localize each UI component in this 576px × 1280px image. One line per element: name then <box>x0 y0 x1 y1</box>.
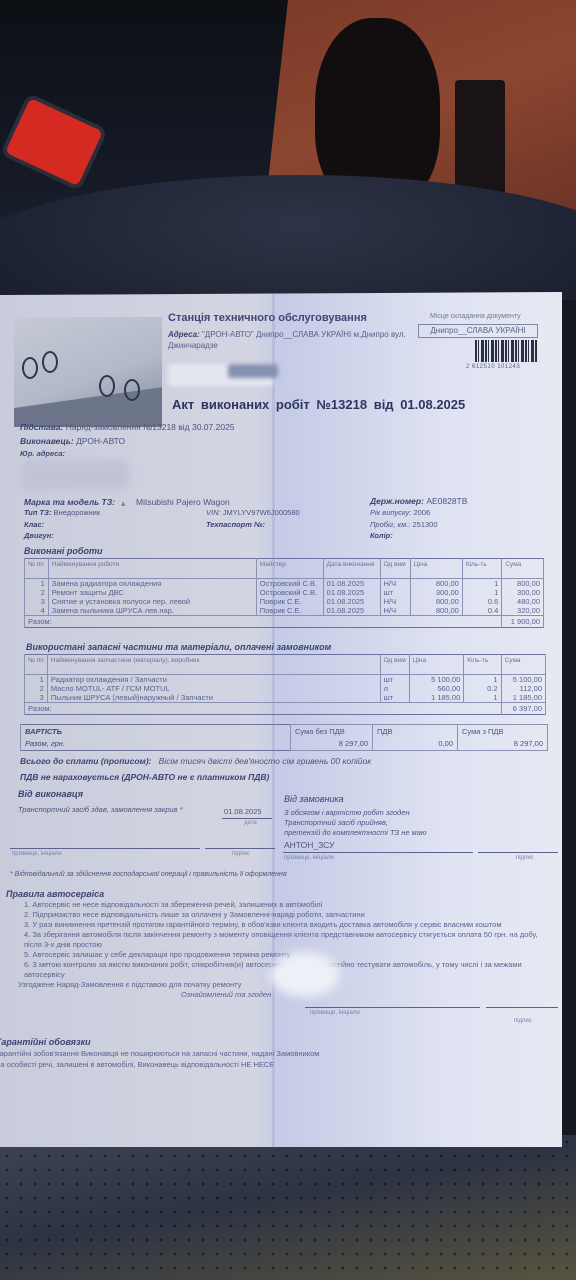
rules-sign-line <box>486 1007 558 1008</box>
car-interior-background <box>0 0 576 300</box>
works-column-header: Найменування роботи <box>48 559 256 579</box>
perforated-seat <box>0 1135 576 1280</box>
barcode-icon <box>475 340 537 362</box>
parts-column-header: № пп <box>25 655 48 675</box>
executor-sign-date: 01.08.2025 <box>224 807 262 816</box>
vat-note: ПДВ не нараховується (ДРОН-АВТО не є пла… <box>20 772 269 782</box>
executor-sign-caption: підпис <box>232 851 250 857</box>
redacted-block <box>20 460 130 490</box>
sum-no-vat-label: Сума без ПДВ <box>291 725 373 738</box>
leather-seat <box>0 175 576 300</box>
rules-name-line <box>305 1007 480 1008</box>
place-value: Днипро__СЛАВА УКРАЇНІ <box>418 324 538 338</box>
vehicle-engine: Двигун: <box>24 531 54 540</box>
vehicle-year: Рік випуску: 2006 <box>370 508 430 517</box>
executor-sign-text: Транспортний засіб здав, замовлення закр… <box>18 805 183 814</box>
works-column-header: Дата виконання <box>323 559 380 579</box>
parts-table: № ппНайменування запчастини (матеріалу),… <box>24 654 546 715</box>
seatbelt-buckle <box>5 98 103 186</box>
customer-sign-title: Від замовника <box>284 794 344 804</box>
warranty-item: За особисті речі, залишені в автомобілі,… <box>0 1059 319 1070</box>
customer-text-1: З обсягом і вартістю робіт згоден <box>284 808 410 817</box>
rule-item: 3. У разі виникнення претензій протягом … <box>6 920 556 930</box>
executor-name-caption: прізвище, ініціали <box>12 851 62 857</box>
rules-sign-caption: підпис <box>514 1018 532 1024</box>
customer-name-caption: прізвище, ініціали <box>284 855 334 861</box>
vehicle-class: Клас: <box>24 520 44 529</box>
executor: Виконавець: ДРОН-АВТО <box>20 436 125 446</box>
parts-column-header: Кіль-ть <box>464 655 501 675</box>
table-row: 4Замена пыльника ШРУСА лев.нар.Поврик С.… <box>25 606 544 616</box>
parts-total-row: Разом:6 397,00 <box>25 703 546 715</box>
vat-label: ПДВ <box>373 725 458 738</box>
date-caption: дата <box>244 820 257 826</box>
station-title: Станція техничного обслуговування <box>168 312 367 324</box>
parts-column-header: Найменування запчастини (матеріалу), вир… <box>47 655 380 675</box>
vehicle-type: Тип ТЗ: Внедорожник <box>24 508 100 517</box>
sign-line <box>205 848 275 849</box>
vehicle-plate: Держ.номер: AE0828TB <box>370 496 467 506</box>
warranty-item: Гарантійні зобов'язання Виконавця не пош… <box>0 1048 319 1059</box>
station-address: Адреса: "ДРОН-АВТО" Днипро__СЛАВА УКРАЇН… <box>168 329 423 351</box>
basis: Підстава: Наряд-замовлення №13218 від 30… <box>20 422 235 432</box>
customer-name-line <box>283 852 473 853</box>
works-total-row: Разом:1 900,00 <box>25 616 544 628</box>
rules-name-caption: прізвище, ініціали <box>310 1010 360 1016</box>
rule-item: 2. Підприємство несе відповідальність ли… <box>6 910 556 920</box>
sum-with-vat: 8 297,00 <box>458 738 548 751</box>
works-column-header: Ціна <box>410 559 462 579</box>
customer-text-3: претензій до комплектності ТЗ не маю <box>284 828 427 837</box>
legal-address: Юр. адреса: <box>20 449 65 458</box>
parts-section-title: Використані запасні частини та матеріали… <box>26 642 331 652</box>
customer-text-2: Транспортний засіб прийняв, <box>284 818 388 827</box>
date-line <box>222 818 272 819</box>
table-row: 3Снятие и установка полуоси пер. левойПо… <box>25 597 544 606</box>
barcode-number: 2 612510 101243 <box>466 364 520 370</box>
paper-fold <box>272 292 275 1147</box>
works-column-header: Сума <box>502 559 544 579</box>
works-column-header: Кіль-ть <box>462 559 502 579</box>
customer-name: АНТОН_ЗСУ <box>284 840 334 850</box>
works-section-title: Виконані роботи <box>24 546 103 556</box>
name-line <box>10 848 200 849</box>
parts-column-header: Ціна <box>409 655 464 675</box>
service-act-document: Станція техничного обслуговування Адреса… <box>0 292 562 1147</box>
executor-sign-title: Від виконавця <box>18 789 83 799</box>
vat-value: 0,00 <box>373 738 458 751</box>
redacted-block <box>228 364 278 378</box>
vehicle-color: Колір: <box>370 531 393 540</box>
redacted-signature <box>270 952 340 997</box>
company-logo-image <box>14 317 162 427</box>
rule-item: 1. Автосервіс не несе відповідальності з… <box>6 900 556 910</box>
parts-column-header: Од вим <box>380 655 409 675</box>
mitsubishi-logo-icon: ▴ <box>121 498 130 507</box>
footnote: * Відповідальний за здійснення господарс… <box>10 871 287 878</box>
rule-item: 4. За зберігання автомобіля після закінч… <box>6 930 556 950</box>
cost-summary: ВАРТІСТЬ Сума без ПДВ ПДВ Сума з ПДВ Раз… <box>20 724 548 751</box>
parts-column-header: Сума <box>501 655 545 675</box>
table-row: 1Радиатор охлаждения / Запчастишт5 100,0… <box>25 675 546 685</box>
customer-sign-caption: підпис <box>516 855 534 861</box>
works-table: № ппНайменування роботиМайстерДата викон… <box>24 558 544 628</box>
warranty-section: Гарантійні обовязки Гарантійні зобов'яза… <box>0 1037 319 1070</box>
works-column-header: № пп <box>25 559 49 579</box>
amount-in-words: Всього до сплати (прописом): Вісім тисяч… <box>20 756 371 766</box>
vehicle-mileage: Пробіг, км.: 251300 <box>370 520 438 529</box>
cost-total-label: Разом, грн. <box>21 738 291 751</box>
place-label: Місце складання документу <box>430 313 521 320</box>
customer-sign-line <box>478 852 558 853</box>
rules-acknowledged: Ознайомлений та згоден <box>6 990 556 1000</box>
works-column-header: Майстер <box>256 559 323 579</box>
table-row: 1Замена радиатора охлажденияОстровский С… <box>25 579 544 589</box>
sum-no-vat: 8 297,00 <box>291 738 373 751</box>
cost-title: ВАРТІСТЬ <box>21 725 291 738</box>
works-column-header: Од вим <box>380 559 410 579</box>
act-title: Акт виконаних робіт №13218 від 01.08.202… <box>172 397 465 412</box>
vehicle-model: Марка та модель ТЗ:▴Mitsubishi Pajero Wa… <box>24 497 230 507</box>
vehicle-passport: Техпаспорт №: <box>206 520 265 529</box>
vehicle-vin: VIN: JMYLYV97W6J000580 <box>206 508 300 517</box>
table-row: 2Ремонт защиты ДВСОстровский С.В.01.08.2… <box>25 588 544 597</box>
sum-with-vat-label: Сума з ПДВ <box>458 725 548 738</box>
table-row: 2Масло MOTUL- ATF / ГСМ MOTULл560,000.21… <box>25 684 546 693</box>
table-row: 3Пыльник ШРУСА (левый)наружный / Запчаст… <box>25 693 546 703</box>
